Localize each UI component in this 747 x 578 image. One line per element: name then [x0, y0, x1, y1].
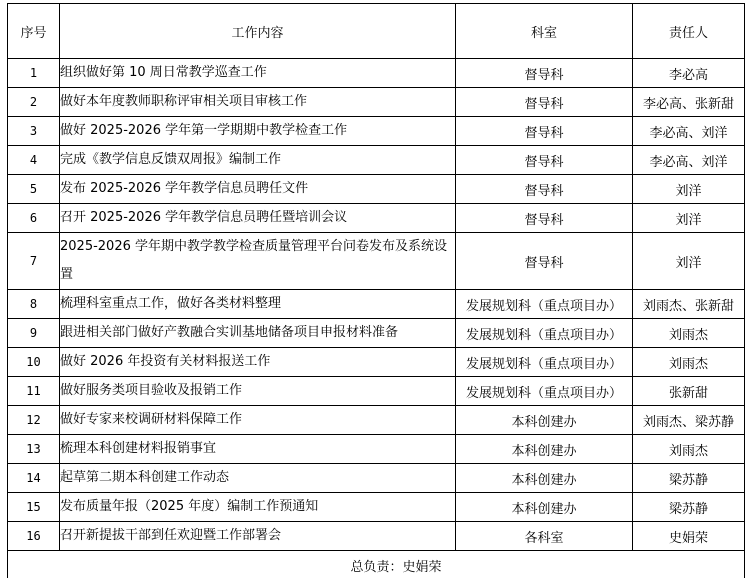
- header-row: 序号 工作内容 科室 责任人: [8, 4, 745, 59]
- row-number: 1: [8, 59, 60, 88]
- row-owner: 梁苏静: [633, 464, 745, 493]
- row-owner: 李必高、刘洋: [633, 146, 745, 175]
- row-task: 完成《教学信息反馈双周报》编制工作: [60, 146, 456, 175]
- row-number: 8: [8, 290, 60, 319]
- row-dept: 督导科: [456, 117, 633, 146]
- row-dept: 督导科: [456, 233, 633, 290]
- row-number: 9: [8, 319, 60, 348]
- row-dept: 发展规划科（重点项目办）: [456, 348, 633, 377]
- table-row: 7 2025-2026 学年期中教学教学检查质量管理平台问卷发布及系统设置 督导…: [8, 233, 745, 290]
- table-row: 1 组织做好第 10 周日常教学巡查工作 督导科 李必高: [8, 59, 745, 88]
- footer-cell: 总负责：史娟荣: [8, 551, 745, 578]
- row-dept: 督导科: [456, 88, 633, 117]
- row-owner: 刘雨杰、梁苏静: [633, 406, 745, 435]
- row-dept: 发展规划科（重点项目办）: [456, 319, 633, 348]
- row-number: 3: [8, 117, 60, 146]
- table-row: 5 发布 2025-2026 学年教学信息员聘任文件 督导科 刘洋: [8, 175, 745, 204]
- row-owner: 刘雨杰: [633, 435, 745, 464]
- row-dept: 督导科: [456, 59, 633, 88]
- row-task: 做好本年度教师职称评审相关项目审核工作: [60, 88, 456, 117]
- row-owner: 刘雨杰: [633, 348, 745, 377]
- row-task: 起草第二期本科创建工作动态: [60, 464, 456, 493]
- row-dept: 本科创建办: [456, 464, 633, 493]
- row-number: 6: [8, 204, 60, 233]
- row-owner: 刘洋: [633, 233, 745, 290]
- row-number: 12: [8, 406, 60, 435]
- row-task: 发布 2025-2026 学年教学信息员聘任文件: [60, 175, 456, 204]
- header-task: 工作内容: [60, 4, 456, 59]
- row-dept: 督导科: [456, 175, 633, 204]
- table-row: 11 做好服务类项目验收及报销工作 发展规划科（重点项目办） 张新甜: [8, 377, 745, 406]
- row-dept: 督导科: [456, 204, 633, 233]
- row-number: 10: [8, 348, 60, 377]
- row-task: 做好专家来校调研材料保障工作: [60, 406, 456, 435]
- row-dept: 发展规划科（重点项目办）: [456, 377, 633, 406]
- row-task: 做好 2025-2026 学年第一学期期中教学检查工作: [60, 117, 456, 146]
- table-row: 10 做好 2026 年投资有关材料报送工作 发展规划科（重点项目办） 刘雨杰: [8, 348, 745, 377]
- row-task: 做好 2026 年投资有关材料报送工作: [60, 348, 456, 377]
- row-task: 召开 2025-2026 学年教学信息员聘任暨培训会议: [60, 204, 456, 233]
- row-number: 14: [8, 464, 60, 493]
- row-dept: 发展规划科（重点项目办）: [456, 290, 633, 319]
- row-dept: 督导科: [456, 146, 633, 175]
- work-schedule-table: 序号 工作内容 科室 责任人 1 组织做好第 10 周日常教学巡查工作 督导科 …: [7, 3, 745, 578]
- row-number: 7: [8, 233, 60, 290]
- table-row: 13 梳理本科创建材料报销事宜 本科创建办 刘雨杰: [8, 435, 745, 464]
- row-dept: 本科创建办: [456, 493, 633, 522]
- row-dept: 各科室: [456, 522, 633, 551]
- table-row: 9 跟进相关部门做好产教融合实训基地储备项目申报材料准备 发展规划科（重点项目办…: [8, 319, 745, 348]
- row-number: 15: [8, 493, 60, 522]
- row-owner: 李必高、刘洋: [633, 117, 745, 146]
- table-row: 6 召开 2025-2026 学年教学信息员聘任暨培训会议 督导科 刘洋: [8, 204, 745, 233]
- row-owner: 李必高、张新甜: [633, 88, 745, 117]
- row-number: 16: [8, 522, 60, 551]
- row-owner: 刘洋: [633, 175, 745, 204]
- row-dept: 本科创建办: [456, 406, 633, 435]
- row-task: 梳理科室重点工作，做好各类材料整理: [60, 290, 456, 319]
- table-row: 12 做好专家来校调研材料保障工作 本科创建办 刘雨杰、梁苏静: [8, 406, 745, 435]
- overall-responsible: 总负责：史娟荣: [310, 560, 441, 575]
- table-row: 2 做好本年度教师职称评审相关项目审核工作 督导科 李必高、张新甜: [8, 88, 745, 117]
- row-owner: 刘雨杰: [633, 319, 745, 348]
- row-number: 13: [8, 435, 60, 464]
- table-row: 14 起草第二期本科创建工作动态 本科创建办 梁苏静: [8, 464, 745, 493]
- row-owner: 张新甜: [633, 377, 745, 406]
- header-dept: 科室: [456, 4, 633, 59]
- row-owner: 梁苏静: [633, 493, 745, 522]
- row-number: 11: [8, 377, 60, 406]
- row-number: 4: [8, 146, 60, 175]
- row-owner: 李必高: [633, 59, 745, 88]
- row-number: 5: [8, 175, 60, 204]
- row-owner: 史娟荣: [633, 522, 745, 551]
- table-row: 8 梳理科室重点工作，做好各类材料整理 发展规划科（重点项目办） 刘雨杰、张新甜: [8, 290, 745, 319]
- row-task: 做好服务类项目验收及报销工作: [60, 377, 456, 406]
- row-task: 2025-2026 学年期中教学教学检查质量管理平台问卷发布及系统设置: [60, 233, 456, 290]
- header-num: 序号: [8, 4, 60, 59]
- row-task: 组织做好第 10 周日常教学巡查工作: [60, 59, 456, 88]
- table-row: 4 完成《教学信息反馈双周报》编制工作 督导科 李必高、刘洋: [8, 146, 745, 175]
- row-owner: 刘洋: [633, 204, 745, 233]
- row-task: 跟进相关部门做好产教融合实训基地储备项目申报材料准备: [60, 319, 456, 348]
- header-owner: 责任人: [633, 4, 745, 59]
- row-dept: 本科创建办: [456, 435, 633, 464]
- row-task: 梳理本科创建材料报销事宜: [60, 435, 456, 464]
- row-task: 发布质量年报（2025 年度）编制工作预通知: [60, 493, 456, 522]
- table-row: 3 做好 2025-2026 学年第一学期期中教学检查工作 督导科 李必高、刘洋: [8, 117, 745, 146]
- footer-row: 总负责：史娟荣: [8, 551, 745, 578]
- table-row: 16 召开新提拔干部到任欢迎暨工作部署会 各科室 史娟荣: [8, 522, 745, 551]
- table-row: 15 发布质量年报（2025 年度）编制工作预通知 本科创建办 梁苏静: [8, 493, 745, 522]
- row-owner: 刘雨杰、张新甜: [633, 290, 745, 319]
- row-task: 召开新提拔干部到任欢迎暨工作部署会: [60, 522, 456, 551]
- row-number: 2: [8, 88, 60, 117]
